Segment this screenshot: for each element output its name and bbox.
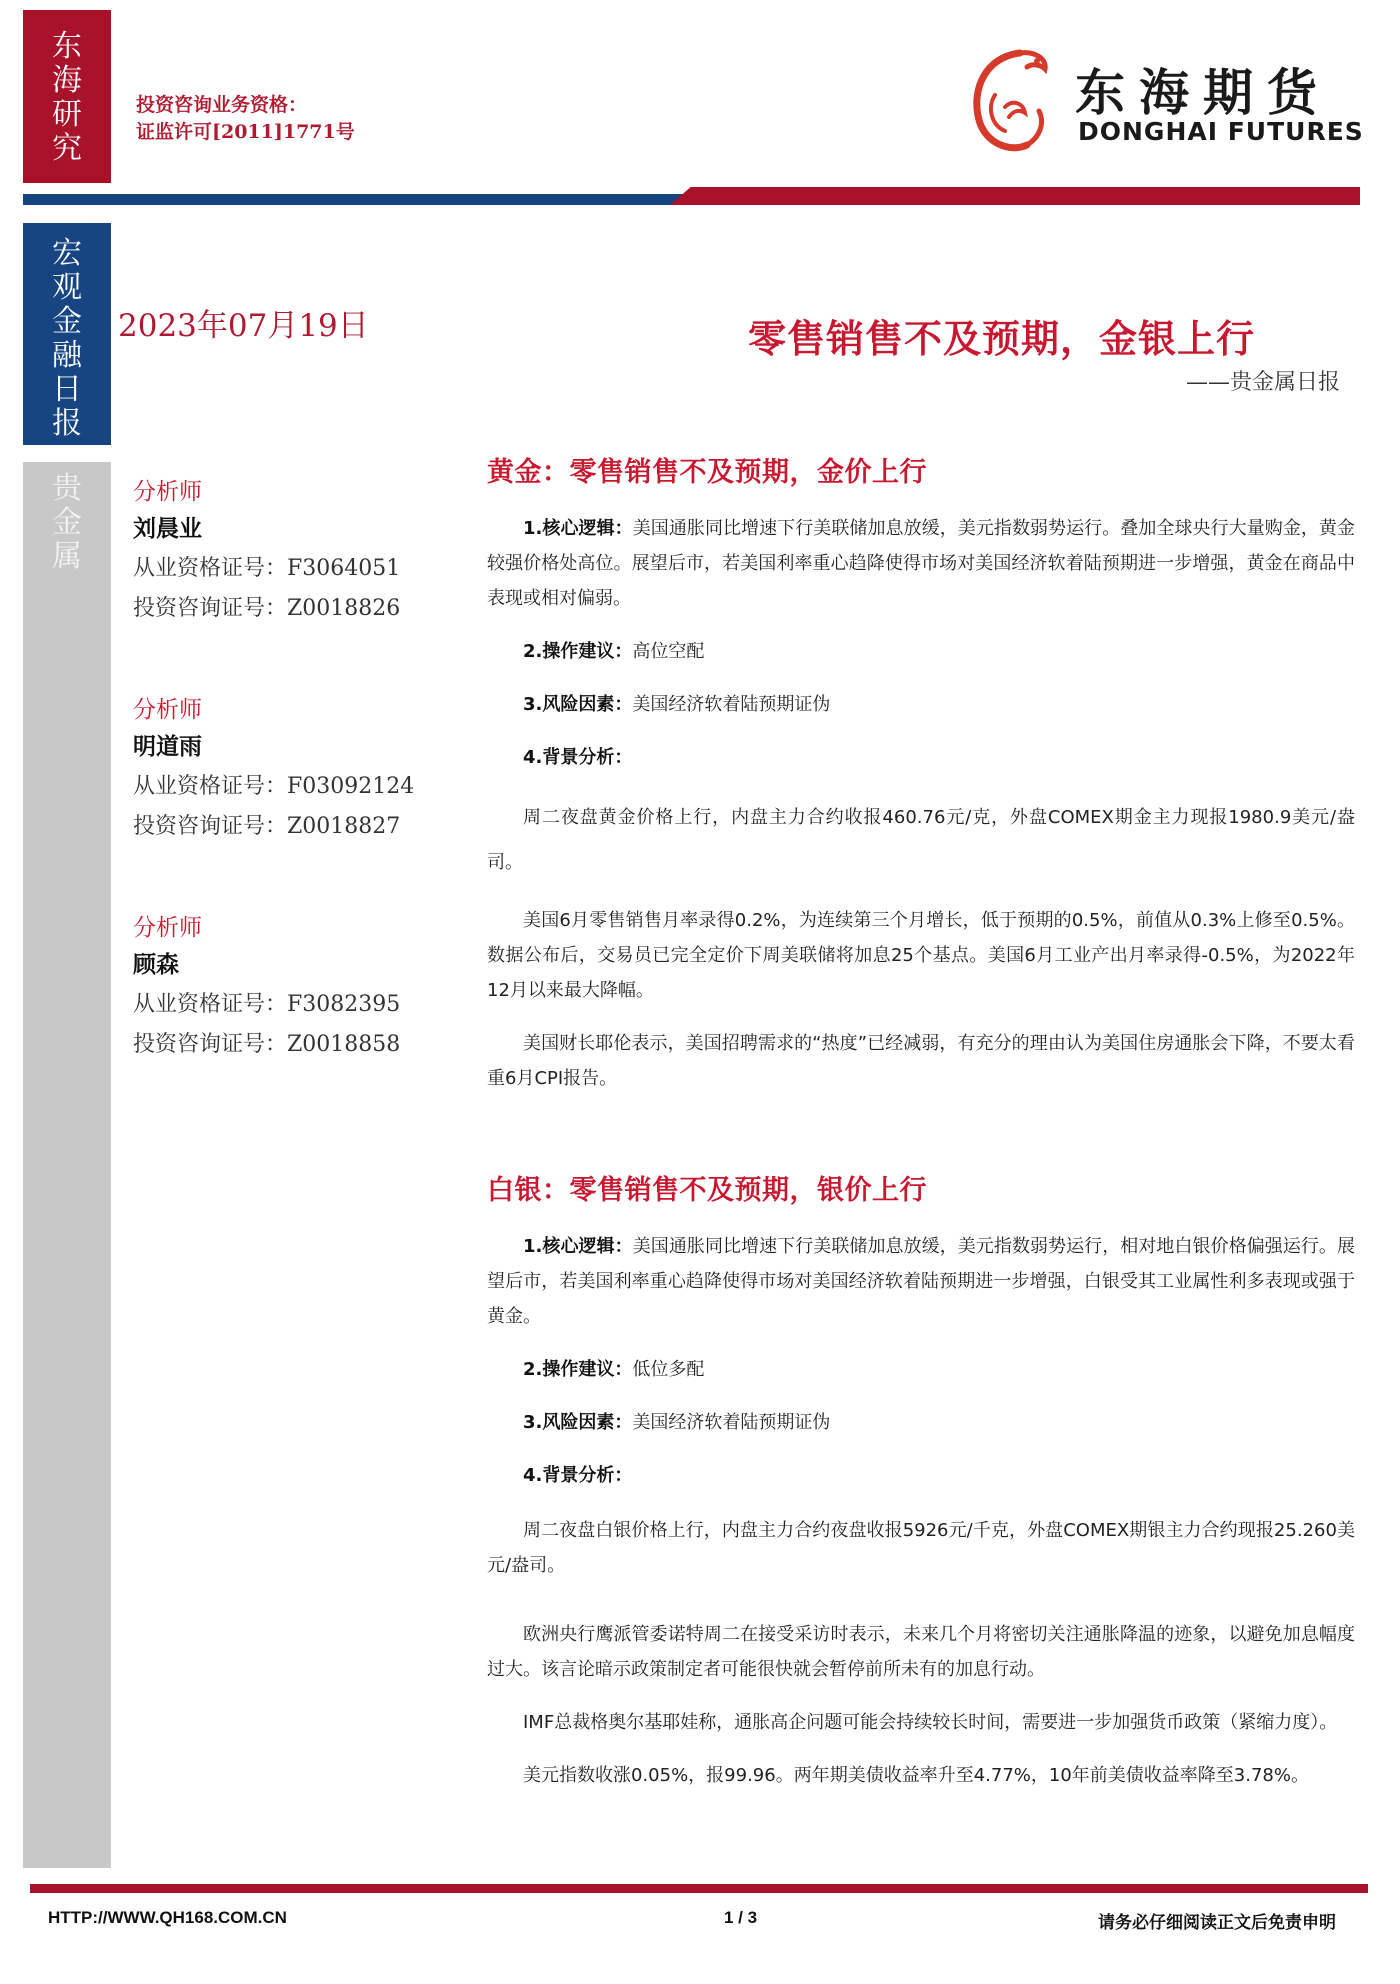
license-info: 投资咨询业务资格： 证监许可[2011]1771号 — [136, 92, 355, 146]
gold-risk-text: 美国经济软着陆预期证伪 — [632, 694, 830, 715]
gold-core-logic: 1.核心逻辑：美国通胀同比增速下行美联储加息放缓，美元指数弱势运行。叠加全球央行… — [487, 511, 1355, 616]
silver-bg-paragraph: IMF总裁格奥尔基耶娃称，通胀高企问题可能会持续较长时间，需要进一步加强货币政策… — [487, 1705, 1355, 1740]
gold-bg-paragraph: 美国财长耶伦表示，美国招聘需求的“热度”已经减弱，有充分的理由认为美国住房通胀会… — [487, 1026, 1355, 1096]
report-subtitle: ——贵金属日报 — [1186, 365, 1340, 396]
footer-url-link[interactable]: HTTP://WWW.QH168.COM.CN — [48, 1908, 287, 1928]
header-divider-blue — [23, 194, 683, 205]
gold-advice-label: 2.操作建议： — [523, 641, 632, 662]
analyst-role: 分析师 — [133, 693, 453, 727]
footer-page-number: 1 / 3 — [724, 1908, 757, 1928]
silver-bg-paragraph: 欧洲央行鹰派管委诺特周二在接受采访时表示，未来几个月将密切关注通胀降温的迹象，以… — [487, 1617, 1355, 1687]
dragon-logo-icon — [965, 45, 1065, 157]
gold-risk: 3.风险因素：美国经济软着陆预期证伪 — [487, 687, 1355, 722]
silver-core-label: 1.核心逻辑： — [523, 1236, 633, 1257]
silver-bg-label: 4.背景分析： — [523, 1465, 632, 1486]
analyst-consult-cert: 投资咨询证号：Z0018826 — [133, 589, 453, 629]
silver-bg-paragraph: 美元指数收涨0.05%，报99.96。两年期美债收益率升至4.77%，10年前美… — [487, 1758, 1355, 1793]
analyst-practice-cert: 从业资格证号：F03092124 — [133, 767, 453, 807]
gold-bg-paragraph: 周二夜盘黄金价格上行，内盘主力合约收报460.76元/克，外盘COMEX期金主力… — [487, 795, 1355, 885]
silver-advice-text: 低位多配 — [632, 1359, 704, 1380]
header-divider-red — [670, 187, 1360, 205]
footer-divider — [30, 1884, 1368, 1893]
silver-section: 白银：零售销售不及预期，银价上行 1.核心逻辑：美国通胀同比增速下行美联储加息放… — [487, 1168, 1355, 1793]
sidebar-brand-block: 东海研究 — [23, 10, 111, 183]
analyst-card: 分析师 顾森 从业资格证号：F3082395 投资咨询证号：Z0018858 — [133, 911, 453, 1065]
silver-advice-label: 2.操作建议： — [523, 1359, 632, 1380]
company-logo: 东海期货 DONGHAI FUTURES — [965, 45, 1365, 157]
license-line-2: 证监许可[2011]1771号 — [136, 119, 355, 146]
analyst-role: 分析师 — [133, 911, 453, 945]
analyst-practice-cert: 从业资格证号：F3082395 — [133, 985, 453, 1025]
gold-advice: 2.操作建议：高位空配 — [487, 634, 1355, 669]
footer-disclaimer: 请务必仔细阅读正文后免责申明 — [1098, 1908, 1336, 1933]
analyst-list: 分析师 刘晨业 从业资格证号：F3064051 投资咨询证号：Z0018826 … — [133, 475, 453, 1129]
logo-english-name: DONGHAI FUTURES — [1078, 117, 1364, 146]
gold-bg-label: 4.背景分析： — [523, 747, 632, 768]
analyst-consult-cert: 投资咨询证号：Z0018827 — [133, 807, 453, 847]
analyst-name: 明道雨 — [133, 727, 453, 767]
silver-background: 4.背景分析： — [487, 1458, 1355, 1493]
gold-bg-paragraph: 美国6月零售销售月率录得0.2%，为连续第三个月增长，低于预期的0.5%，前值从… — [487, 903, 1355, 1008]
analyst-consult-cert: 投资咨询证号：Z0018858 — [133, 1025, 453, 1065]
gold-risk-label: 3.风险因素： — [523, 694, 632, 715]
analyst-card: 分析师 刘晨业 从业资格证号：F3064051 投资咨询证号：Z0018826 — [133, 475, 453, 629]
sidebar-category-label: 宏观金融日报 — [51, 237, 83, 445]
report-date: 2023年07月19日 — [118, 300, 369, 345]
silver-risk-text: 美国经济软着陆预期证伪 — [632, 1412, 830, 1433]
analyst-role: 分析师 — [133, 475, 453, 509]
analyst-name: 顾森 — [133, 945, 453, 985]
gold-core-label: 1.核心逻辑： — [523, 518, 633, 539]
analyst-name: 刘晨业 — [133, 509, 453, 549]
license-line-1: 投资咨询业务资格： — [136, 92, 355, 119]
gold-heading: 黄金：零售销售不及预期，金价上行 — [487, 450, 1355, 489]
sidebar-sector-block: 贵金属 — [23, 462, 111, 1868]
gold-background: 4.背景分析： — [487, 740, 1355, 775]
logo-chinese-name: 东海期货 — [1075, 53, 1331, 125]
silver-advice: 2.操作建议：低位多配 — [487, 1352, 1355, 1387]
report-title: 零售销售不及预期，金银上行 — [748, 308, 1255, 363]
silver-heading: 白银：零售销售不及预期，银价上行 — [487, 1168, 1355, 1207]
analyst-card: 分析师 明道雨 从业资格证号：F03092124 投资咨询证号：Z0018827 — [133, 693, 453, 847]
silver-risk-label: 3.风险因素： — [523, 1412, 632, 1433]
silver-risk: 3.风险因素：美国经济软着陆预期证伪 — [487, 1405, 1355, 1440]
gold-advice-text: 高位空配 — [632, 641, 704, 662]
sidebar-brand-label: 东海研究 — [51, 30, 83, 183]
analyst-practice-cert: 从业资格证号：F3064051 — [133, 549, 453, 589]
sidebar-sector-label: 贵金属 — [51, 472, 83, 1868]
sidebar-category-block: 宏观金融日报 — [23, 223, 111, 445]
gold-section: 黄金：零售销售不及预期，金价上行 1.核心逻辑：美国通胀同比增速下行美联储加息放… — [487, 450, 1355, 1096]
silver-core-logic: 1.核心逻辑：美国通胀同比增速下行美联储加息放缓，美元指数弱势运行，相对地白银价… — [487, 1229, 1355, 1334]
silver-bg-paragraph: 周二夜盘白银价格上行，内盘主力合约夜盘收报5926元/千克，外盘COMEX期银主… — [487, 1513, 1355, 1583]
